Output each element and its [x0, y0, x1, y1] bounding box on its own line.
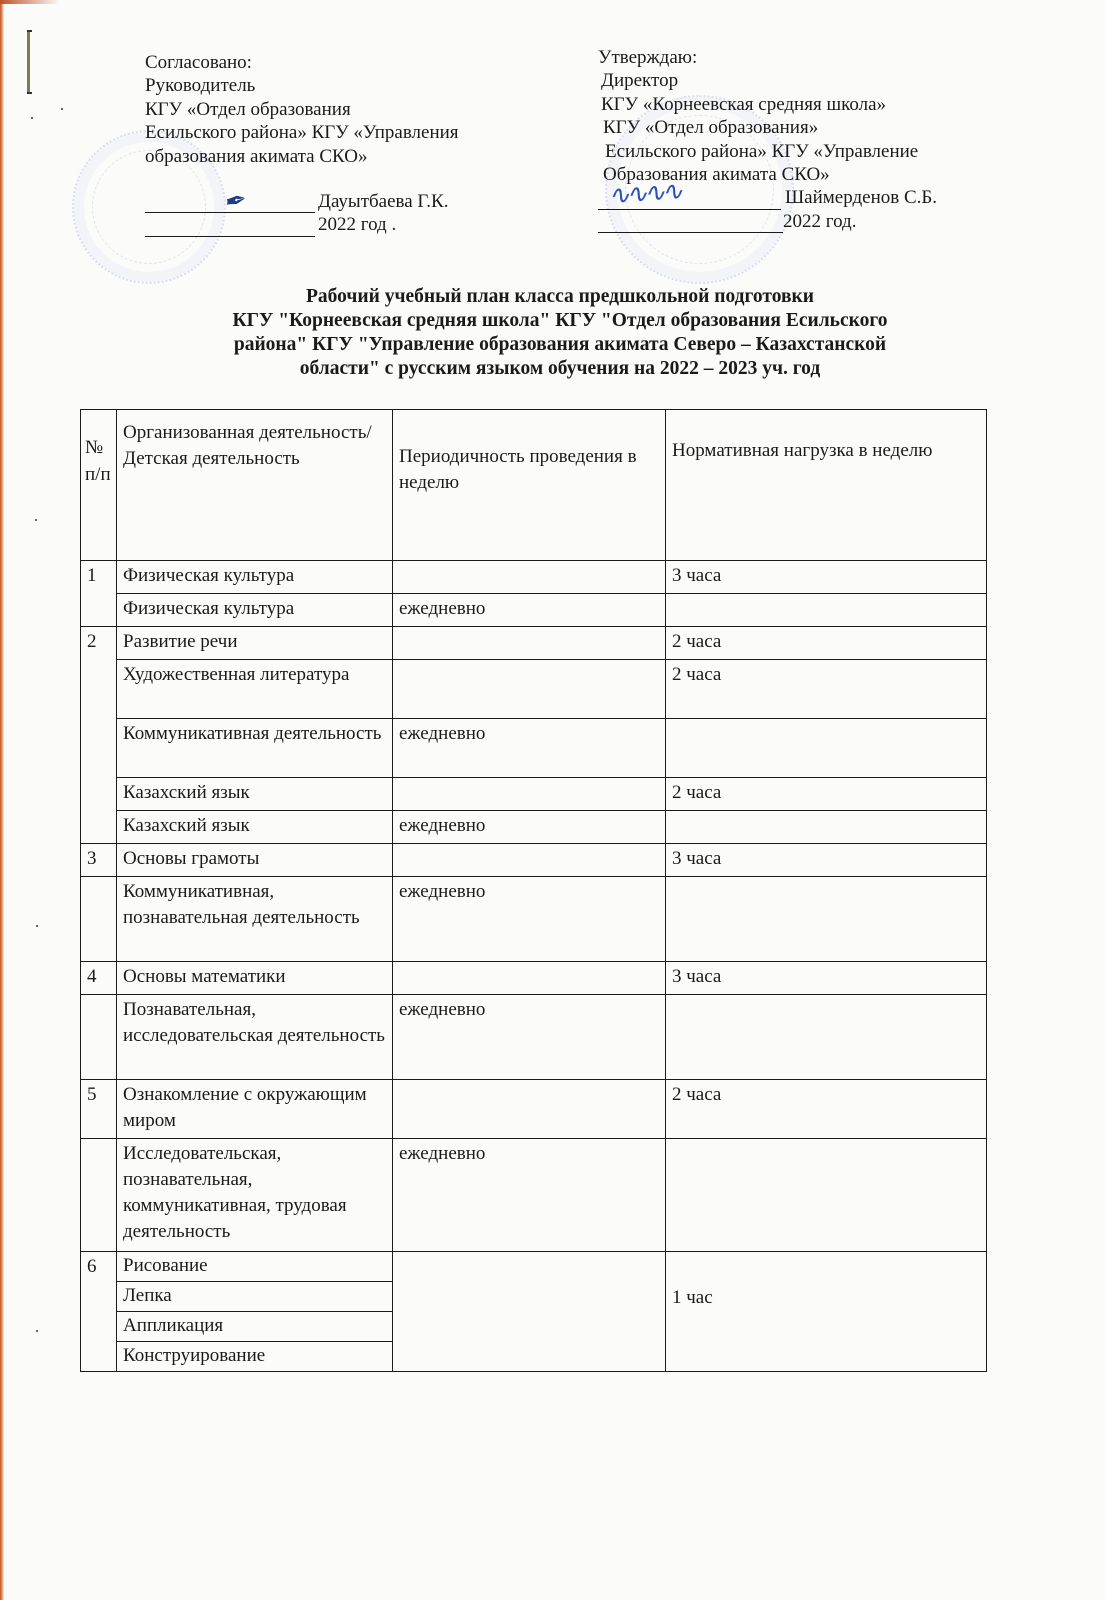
table-row: 4Основы математики3 часа	[81, 962, 987, 995]
table-row: 1Физическая культура3 часа	[81, 561, 987, 594]
cell-periodicity	[393, 1080, 666, 1139]
cell-load	[666, 719, 987, 778]
title-line: КГУ "Корнеевская средняя школа" КГУ "Отд…	[150, 309, 970, 333]
page-edge-top	[0, 0, 60, 4]
date-row: 2022 год.	[598, 210, 978, 233]
cell-load: 3 часа	[666, 844, 987, 877]
table-row: Казахский языкежедневно	[81, 811, 987, 844]
speck	[35, 519, 37, 521]
table-row: Физическая культураежедневно	[81, 594, 987, 627]
table-row: Коммуникативная, познавательная деятельн…	[81, 877, 987, 962]
cell-activity: Развитие речи	[117, 627, 393, 660]
table-row: Познавательная, исследовательская деятел…	[81, 995, 987, 1080]
cell-activity: Рисование	[117, 1252, 393, 1282]
approval-line: Директор	[598, 69, 978, 92]
cell-number: 2	[81, 627, 117, 844]
signature-line: ✒	[145, 194, 315, 213]
approval-agreed-block: Согласовано: Руководитель КГУ «Отдел обр…	[145, 51, 525, 237]
cell-periodicity: ежедневно	[393, 877, 666, 962]
document-title: Рабочий учебный план класса предшкольной…	[150, 285, 970, 381]
cell-load	[666, 811, 987, 844]
table-row: 5Ознакомление с окружающим миром2 часа	[81, 1080, 987, 1139]
approval-approved-block: Утверждаю: Директор КГУ «Корнеевская сре…	[598, 46, 978, 233]
approval-line: образования акимата СКО»	[145, 145, 525, 168]
handwritten-signature-icon: ✒	[221, 189, 247, 216]
title-line: района" КГУ "Управление образования аким…	[150, 333, 970, 357]
cell-number: 5	[81, 1080, 117, 1139]
cell-activity: Лепка	[117, 1282, 393, 1312]
approval-line: Руководитель	[145, 74, 525, 97]
page-edge	[0, 0, 4, 1600]
cell-activity: Основы грамоты	[117, 844, 393, 877]
cell-number: 1	[81, 561, 117, 627]
table-row: 6Рисование1 час	[81, 1252, 987, 1282]
date-row: 2022 год .	[145, 213, 525, 236]
cell-number	[81, 877, 117, 962]
cell-periodicity: ежедневно	[393, 995, 666, 1080]
cell-activity: Основы математики	[117, 962, 393, 995]
table-row: Исследовательская, познавательная, комму…	[81, 1139, 987, 1252]
title-line: области" с русским языком обучения на 20…	[150, 357, 970, 381]
approval-line: КГУ «Корнеевская средняя школа»	[598, 93, 978, 116]
cell-activity: Физическая культура	[117, 561, 393, 594]
cell-periodicity: ежедневно	[393, 811, 666, 844]
cell-number	[81, 995, 117, 1080]
approval-line: Есильского района» КГУ «Управления	[145, 121, 525, 144]
signature-row: ✒ Дауытбаева Г.К.	[145, 190, 525, 213]
approval-line: Есильского района» КГУ «Управление	[598, 140, 978, 163]
cell-load: 2 часа	[666, 660, 987, 719]
cell-load	[666, 995, 987, 1080]
cell-activity: Аппликация	[117, 1312, 393, 1342]
cell-activity: Коммуникативная деятельность	[117, 719, 393, 778]
speck	[61, 108, 63, 110]
cell-load: 2 часа	[666, 627, 987, 660]
signatory-name: Шаймерденов С.Б.	[781, 186, 937, 209]
approval-year: 2022 год .	[315, 213, 396, 236]
cell-periodicity	[393, 627, 666, 660]
cell-activity: Казахский язык	[117, 778, 393, 811]
cell-periodicity	[393, 1252, 666, 1372]
cell-load: 2 часа	[666, 778, 987, 811]
table-row: Художественная литература2 часа	[81, 660, 987, 719]
title-line: Рабочий учебный план класса предшкольной…	[150, 285, 970, 309]
cell-activity: Казахский язык	[117, 811, 393, 844]
signature-row: ∿∿∿∿ Шаймерденов С.Б.	[598, 186, 978, 209]
cell-activity: Художественная литература	[117, 660, 393, 719]
cell-periodicity	[393, 844, 666, 877]
cell-load: 3 часа	[666, 561, 987, 594]
table-row: 2Развитие речи2 часа	[81, 627, 987, 660]
approval-year: 2022 год.	[783, 210, 856, 233]
approval-line: Утверждаю:	[598, 46, 978, 69]
cell-periodicity	[393, 660, 666, 719]
signatory-name: Дауытбаева Г.К.	[315, 190, 448, 213]
header-number: № п/п	[81, 410, 117, 561]
cell-activity: Исследовательская, познавательная, комму…	[117, 1139, 393, 1252]
table-header-row: № п/п Организованная деятельность/Детска…	[81, 410, 987, 561]
cell-load: 1 час	[666, 1252, 987, 1372]
table-row: Казахский язык2 часа	[81, 778, 987, 811]
cell-load: 3 часа	[666, 962, 987, 995]
signature-line: ∿∿∿∿	[598, 191, 781, 210]
cell-periodicity	[393, 778, 666, 811]
approval-line: Согласовано:	[145, 51, 525, 74]
header-load: Нормативная нагрузка в неделю	[666, 410, 987, 561]
cell-load: 2 часа	[666, 1080, 987, 1139]
cell-activity: Физическая культура	[117, 594, 393, 627]
header-periodicity: Периодичность проведения в неделю	[393, 410, 666, 561]
cell-periodicity: ежедневно	[393, 719, 666, 778]
cell-activity: Коммуникативная, познавательная деятельн…	[117, 877, 393, 962]
speck	[36, 1330, 38, 1332]
table-row: Коммуникативная деятельностьежедневно	[81, 719, 987, 778]
cell-load	[666, 877, 987, 962]
cell-load	[666, 1139, 987, 1252]
cell-number: 4	[81, 962, 117, 995]
table-row: 3Основы грамоты3 часа	[81, 844, 987, 877]
speck	[36, 925, 38, 927]
handwritten-signature-icon: ∿∿∿∿	[607, 181, 680, 209]
speck	[31, 117, 33, 119]
cell-activity: Конструирование	[117, 1342, 393, 1372]
cell-activity: Познавательная, исследовательская деятел…	[117, 995, 393, 1080]
approval-line: КГУ «Отдел образования	[145, 98, 525, 121]
cell-periodicity: ежедневно	[393, 594, 666, 627]
cell-number	[81, 1139, 117, 1252]
cell-periodicity	[393, 561, 666, 594]
date-line	[598, 214, 783, 233]
binder-mark	[27, 30, 30, 94]
header-activity: Организованная деятельность/Детская деят…	[117, 410, 393, 561]
cell-periodicity	[393, 962, 666, 995]
cell-load	[666, 594, 987, 627]
cell-number: 3	[81, 844, 117, 877]
cell-periodicity: ежедневно	[393, 1139, 666, 1252]
approval-line: КГУ «Отдел образования»	[598, 116, 978, 139]
cell-activity: Ознакомление с окружающим миром	[117, 1080, 393, 1139]
date-line	[145, 218, 315, 237]
cell-number: 6	[81, 1252, 117, 1372]
curriculum-table: № п/п Организованная деятельность/Детска…	[80, 409, 987, 1372]
